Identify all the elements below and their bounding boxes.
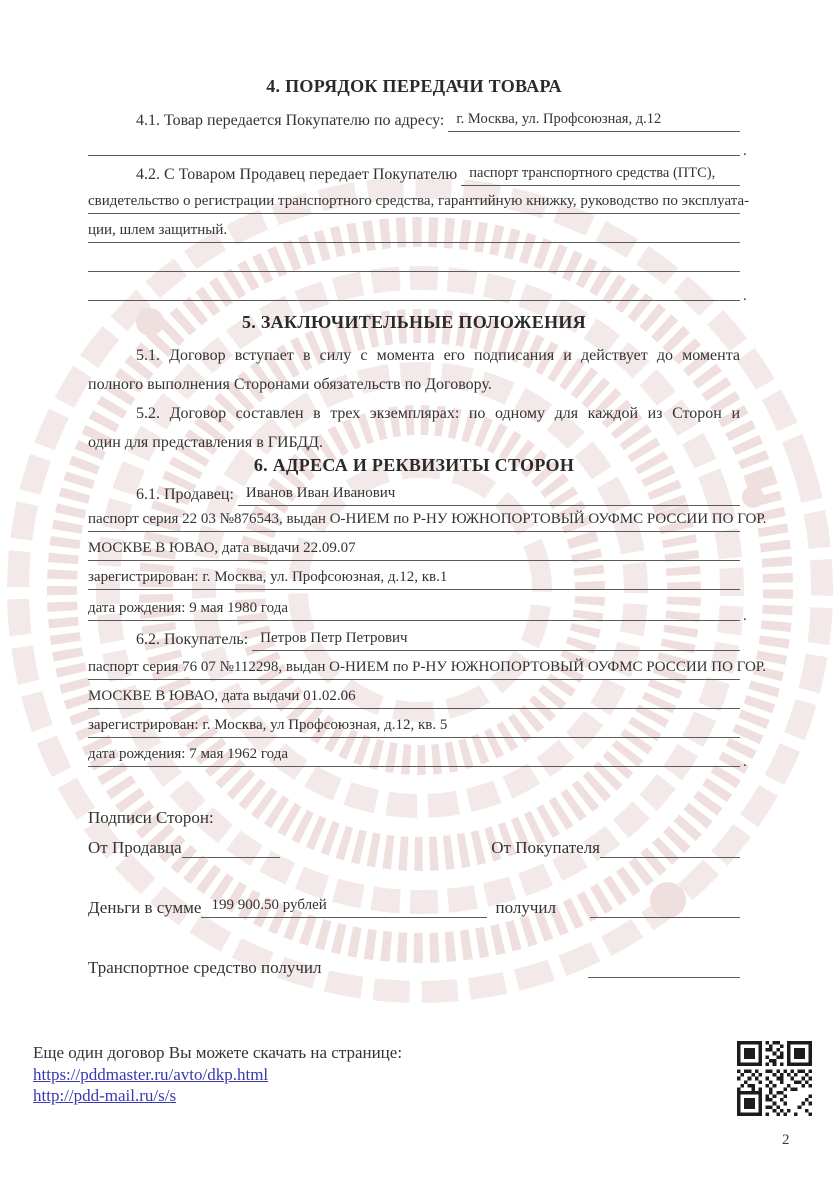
field-4-2-line2: свидетельство о регистрации транспортног…: [88, 189, 740, 214]
trailing-period: .: [743, 288, 747, 305]
section5-title: 5. ЗАКЛЮЧИТЕЛЬНЫЕ ПОЛОЖЕНИЯ: [88, 312, 740, 333]
contract-page-2: 4. ПОРЯДОК ПЕРЕДАЧИ ТОВАРА 4.1. Товар пе…: [0, 0, 840, 1188]
buyer-registered-text: зарегистрирован: г. Москва, ул Профсоюзн…: [88, 717, 447, 737]
seller-label: 6.1. Продавец:: [88, 486, 238, 506]
field-4-2-line2-text: свидетельство о регистрации транспортног…: [88, 193, 749, 213]
field-4-1-continuation-line: .: [88, 130, 740, 156]
footer-link-pddmaster[interactable]: https://pddmaster.ru/avto/dkp.html: [33, 1065, 268, 1084]
clause-5-2-line1: 5.2. Договор составлен в трех экземпляра…: [88, 399, 740, 428]
money-amount-value: 199 900.50 рублей: [201, 897, 487, 918]
money-received-signature-line: [590, 893, 740, 918]
money-label: Деньги в сумме: [88, 898, 201, 918]
buyer-registered-line: зарегистрирован: г. Москва, ул Профсоюзн…: [88, 713, 740, 738]
from-buyer-label: От Покупателя: [491, 838, 600, 858]
seller-passport-line1-text: паспорт серия 22 03 №876543, выдан О-НИЕ…: [88, 511, 767, 531]
field-4-2-line3-text: ции, шлем защитный.: [88, 222, 227, 242]
buyer-label: 6.2. Покупатель:: [88, 631, 252, 651]
signature-row: От Продавца От Покупателя: [88, 834, 740, 858]
field-4-2-value: паспорт транспортного средства (ПТС),: [461, 165, 740, 186]
blank-line: .: [88, 276, 740, 301]
footer-note: Еще один договор Вы можете скачать на ст…: [33, 1042, 402, 1064]
seller-name-field: 6.1. Продавец: Иванов Иван Иванович: [88, 481, 740, 506]
buyer-signature-line: [600, 833, 740, 858]
buyer-name-field: 6.2. Покупатель: Петров Петр Петрович: [88, 626, 740, 651]
field-4-1-label: 4.1. Товар передается Покупателю по адре…: [88, 112, 448, 132]
footer-link-pdd-mail[interactable]: http://pdd-mail.ru/s/s: [33, 1086, 176, 1105]
seller-birth-date-text: дата рождения: 9 мая 1980 года: [88, 600, 288, 620]
buyer-birth-date-text: дата рождения: 7 мая 1962 года: [88, 746, 288, 766]
qr-code: [737, 1041, 812, 1116]
signatures-heading: Подписи Сторон:: [88, 808, 740, 828]
from-seller-label: От Продавца: [88, 838, 182, 858]
trailing-period: .: [743, 608, 747, 625]
money-row: Деньги в сумме 199 900.50 рублей получил: [88, 894, 740, 918]
seller-name-value: Иванов Иван Иванович: [238, 485, 740, 506]
footer-note-block: Еще один договор Вы можете скачать на ст…: [33, 1042, 402, 1107]
seller-passport-line2-text: МОСКВЕ В ЮВАО, дата выдачи 22.09.07: [88, 540, 356, 560]
section6-title: 6. АДРЕСА И РЕКВИЗИТЫ СТОРОН: [88, 455, 740, 476]
section4-title: 4. ПОРЯДОК ПЕРЕДАЧИ ТОВАРА: [88, 76, 740, 97]
clause-5-1-line2: полного выполнения Сторонами обязательст…: [88, 370, 740, 399]
clause-5-1: 5.1. Договор вступает в силу с момента е…: [88, 341, 740, 399]
seller-birth-date-line: дата рождения: 9 мая 1980 года .: [88, 596, 740, 621]
buyer-passport-line2-text: МОСКВЕ В ЮВАО, дата выдачи 01.02.06: [88, 688, 356, 708]
blank-line: [88, 247, 740, 272]
clause-5-1-line1: 5.1. Договор вступает в силу с момента е…: [88, 341, 740, 370]
vehicle-received-signature-line: [588, 953, 740, 978]
seller-passport-line2: МОСКВЕ В ЮВАО, дата выдачи 22.09.07: [88, 537, 740, 561]
seller-passport-line1: паспорт серия 22 03 №876543, выдан О-НИЕ…: [88, 508, 740, 532]
trailing-period: .: [743, 143, 747, 160]
field-4-1-value: г. Москва, ул. Профсоюзная, д.12: [448, 111, 740, 132]
clause-5-2-line2: один для представления в ГИБДД.: [88, 428, 740, 457]
field-4-1: 4.1. Товар передается Покупателю по адре…: [88, 106, 740, 132]
seller-registered-line: зарегистрирован: г. Москва, ул. Профсоюз…: [88, 566, 740, 590]
field-4-2-label: 4.2. С Товаром Продавец передает Покупат…: [88, 166, 461, 186]
buyer-birth-date-line: дата рождения: 7 мая 1962 года .: [88, 742, 740, 767]
vehicle-received-label: Транспортное средство получил: [88, 958, 321, 978]
page-number: 2: [782, 1132, 790, 1149]
field-4-2-line3: ции, шлем защитный.: [88, 218, 740, 243]
field-4-2: 4.2. С Товаром Продавец передает Покупат…: [88, 160, 740, 186]
buyer-passport-line1-text: паспорт серия 76 07 №112298, выдан О-НИЕ…: [88, 659, 766, 679]
buyer-passport-line1: паспорт серия 76 07 №112298, выдан О-НИЕ…: [88, 655, 740, 680]
received-label: получил: [495, 898, 556, 918]
buyer-passport-line2: МОСКВЕ В ЮВАО, дата выдачи 01.02.06: [88, 684, 740, 709]
vehicle-received-row: Транспортное средство получил: [88, 954, 740, 978]
clause-5-2: 5.2. Договор составлен в трех экземпляра…: [88, 399, 740, 457]
contract-body: 4. ПОРЯДОК ПЕРЕДАЧИ ТОВАРА 4.1. Товар пе…: [88, 0, 740, 1188]
seller-signature-line: [182, 833, 280, 858]
seller-registered-text: зарегистрирован: г. Москва, ул. Профсоюз…: [88, 569, 447, 589]
trailing-period: .: [743, 754, 747, 771]
buyer-name-value: Петров Петр Петрович: [252, 630, 740, 651]
